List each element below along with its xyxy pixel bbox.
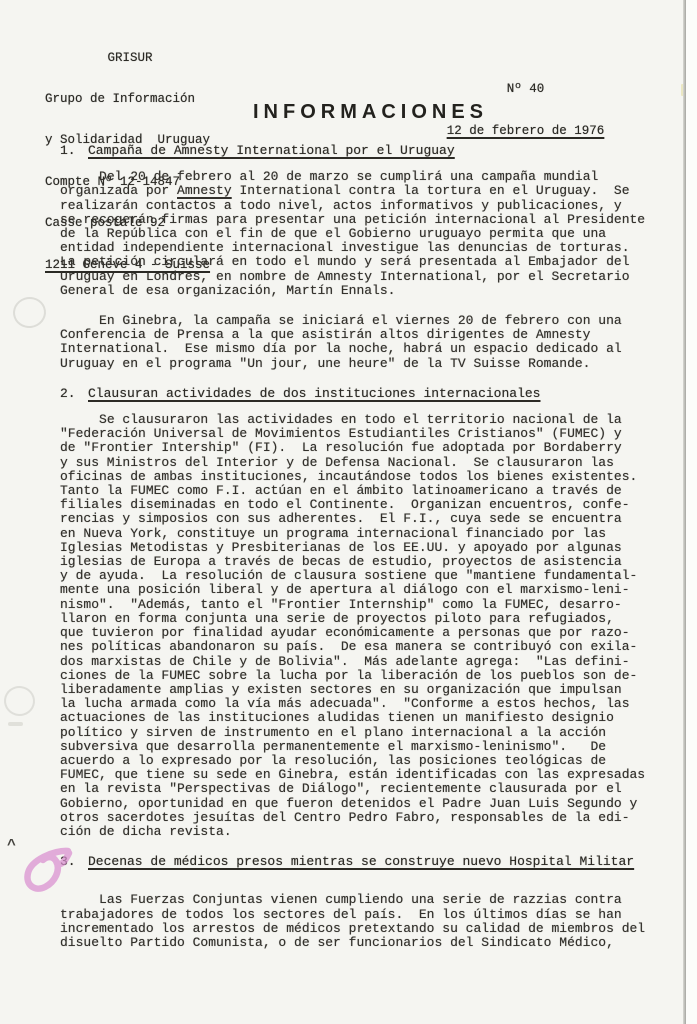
section-doctors-arrested: 3.Decenas de médicos presos mientras se … — [60, 855, 656, 950]
section-heading: 2.Clausuran actividades de dos instituci… — [60, 387, 656, 401]
caret-annotation: ^ — [7, 837, 16, 854]
section-closed-institutions: 2.Clausuran actividades de dos instituci… — [60, 387, 656, 839]
section-heading: 1.Campaña de Amnesty International por e… — [60, 144, 656, 158]
paragraph: Del 20 de febrero al 20 de marzo se cump… — [60, 170, 656, 298]
section-number: 2. — [60, 387, 88, 401]
issue-number: Nº 40 — [438, 82, 613, 96]
document-body: 1.Campaña de Amnesty International por e… — [60, 144, 656, 966]
pink-highlighter-stroke — [27, 851, 69, 889]
section-title: Clausuran actividades de dos institucion… — [88, 386, 540, 401]
org-acronym: GRISUR — [45, 52, 215, 66]
section-campaign-amnesty: 1.Campaña de Amnesty International por e… — [60, 144, 656, 371]
pink-highlighter-mark — [21, 845, 75, 899]
faint-pen-circle — [3, 684, 37, 717]
document-title: INFORMACIONES — [253, 101, 488, 124]
paragraph: Se clausuraron las actividades en todo e… — [60, 413, 656, 839]
paragraph: En Ginebra, la campaña se iniciará el vi… — [60, 314, 656, 371]
paragraph: Las Fuerzas Conjuntas vienen cumpliendo … — [60, 893, 656, 950]
scan-background — [686, 0, 697, 1024]
section-number: 1. — [60, 144, 88, 158]
scanned-page: GRISUR Grupo de Información y Solidarida… — [0, 0, 684, 1024]
pen-smudge — [8, 722, 23, 726]
section-heading: 3.Decenas de médicos presos mientras se … — [60, 855, 656, 869]
letterhead-line: Grupo de Información — [45, 93, 240, 107]
section-title: Campaña de Amnesty International por el … — [88, 143, 455, 158]
underlined-word: Amnesty — [177, 183, 232, 198]
faint-pen-circle — [11, 295, 48, 330]
issue-date: 12 de febrero de 1976 — [438, 124, 613, 138]
paragraph-text: International contra la tortura en el Ur… — [60, 183, 645, 297]
section-title: Decenas de médicos presos mientras se co… — [88, 854, 634, 869]
